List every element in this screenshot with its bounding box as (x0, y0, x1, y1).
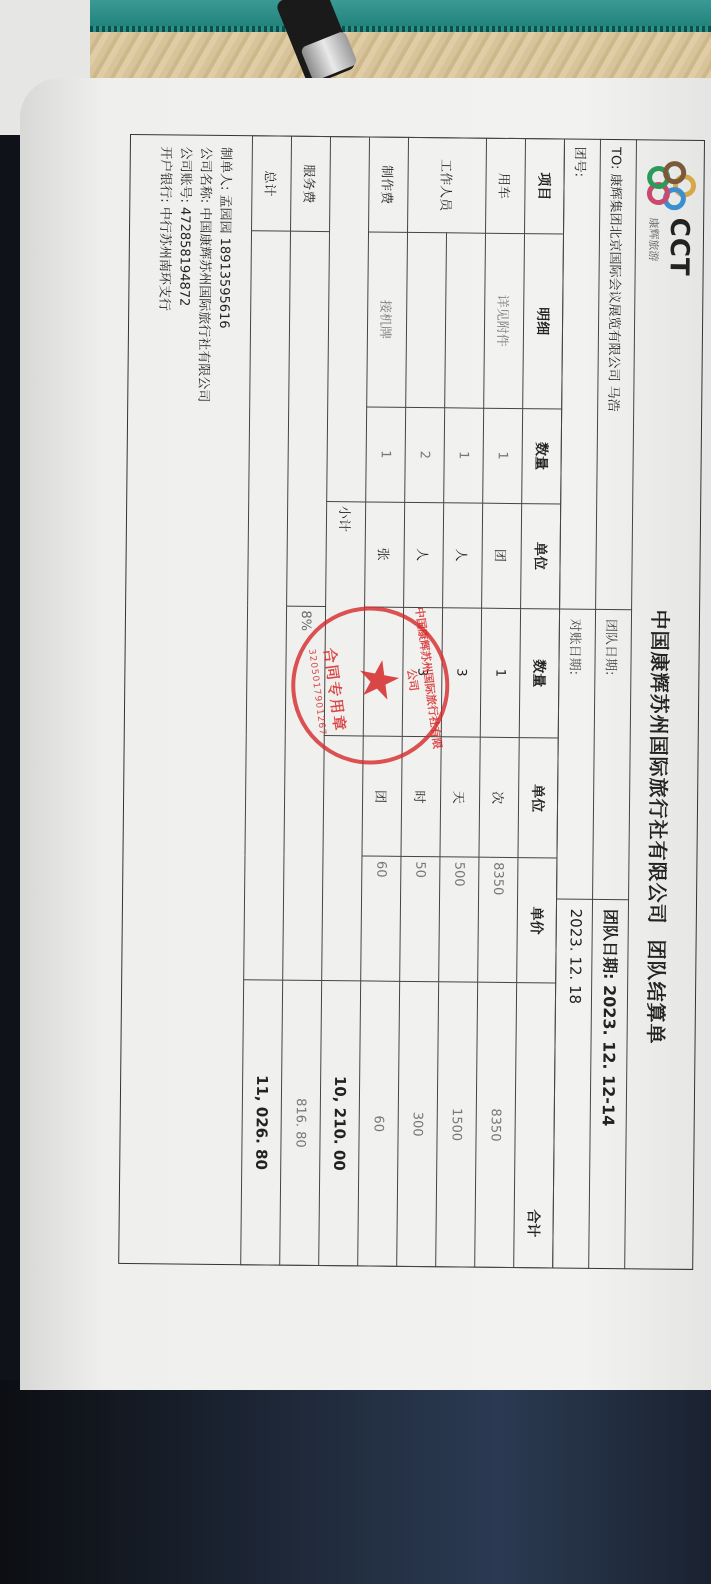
grand-total-label: 总计 (252, 136, 292, 231)
unit2: 天 (440, 737, 480, 857)
qty1: 1 (483, 408, 523, 503)
header-qty1: 数量 (522, 408, 562, 503)
star-icon: ★ (350, 654, 408, 707)
detail: 详见附件 (484, 233, 525, 408)
total: 300 (397, 982, 439, 1267)
reconcile-date: 2023. 12. 18 (566, 909, 585, 1005)
header-detail: 明细 (523, 234, 564, 409)
fabric-background (0, 1380, 711, 1584)
unit1: 人 (443, 502, 483, 607)
header-unit2: 单位 (518, 738, 558, 858)
unit1: 团 (482, 503, 522, 608)
header-price: 单价 (517, 858, 557, 983)
unit2: 次 (479, 738, 519, 858)
logo-subtitle: 康辉旅游 (646, 217, 662, 261)
settlement-document: CCT 康辉旅游 中国康辉苏州国际旅行社有限公司 团队结算单 TO: 康辉集团北… (118, 134, 705, 1270)
detail (445, 233, 486, 408)
qty2: 1 (480, 608, 520, 738)
group-number-label: 团号: (572, 147, 591, 178)
header-item: 项目 (525, 139, 565, 234)
qty1: 2 (405, 407, 445, 502)
item: 用车 (486, 138, 526, 233)
document-title: 团队结算单 (643, 939, 673, 1044)
account-number: 公司账号: 472858194872 (172, 146, 195, 402)
company-title: 中国康辉苏州国际旅行社有限公司 (644, 609, 676, 924)
service-fee-label: 服务费 (291, 136, 331, 231)
total: 8350 (475, 982, 517, 1267)
item: 制作费 (369, 137, 409, 232)
recipient: TO: 康辉集团北京国际会议展览有限公司 马浩 (605, 147, 627, 412)
company-name: 公司名称: 中国康辉苏州国际旅行社有限公司 (192, 147, 215, 403)
teal-mat (0, 0, 711, 32)
qty1: 1 (444, 408, 484, 503)
unit1: 张 (365, 502, 405, 607)
cct-logo-icon (644, 159, 697, 212)
header-qty2: 数量 (519, 608, 559, 738)
group-date: 团队日期: 2023. 12. 12-14 (598, 909, 623, 1126)
price: 500 (439, 857, 479, 982)
logo-brand: CCT (664, 218, 695, 277)
reconcile-date-label: 对账日期: (566, 619, 586, 676)
subtotal: 10, 210. 00 (319, 981, 361, 1266)
price: 50 (400, 857, 440, 982)
service-fee: 816. 80 (280, 980, 322, 1265)
total: 60 (358, 981, 400, 1266)
bank: 开户银行: 中行苏州南环支行 (152, 146, 175, 402)
header-unit1: 单位 (521, 503, 561, 608)
unit1: 人 (404, 502, 444, 607)
preparer: 制单人: 孟园园 18913595616 (212, 147, 235, 403)
document-footer: 制单人: 孟园园 18913595616 公司名称: 中国康辉苏州国际旅行社有限… (152, 146, 235, 402)
header-total: 合计 (514, 983, 556, 1268)
grand-total: 11, 026. 80 (241, 980, 283, 1265)
detail: 接机牌 (367, 232, 408, 407)
qty1: 1 (366, 407, 406, 502)
detail (406, 232, 447, 407)
document-header: CCT 康辉旅游 中国康辉苏州国际旅行社有限公司 团队结算单 (624, 139, 705, 1270)
price: 60 (361, 856, 401, 981)
total: 1500 (436, 982, 478, 1267)
item: 工作人员 (408, 137, 487, 233)
group-date-label: 团队日期: (602, 619, 622, 676)
price: 8350 (478, 857, 518, 982)
